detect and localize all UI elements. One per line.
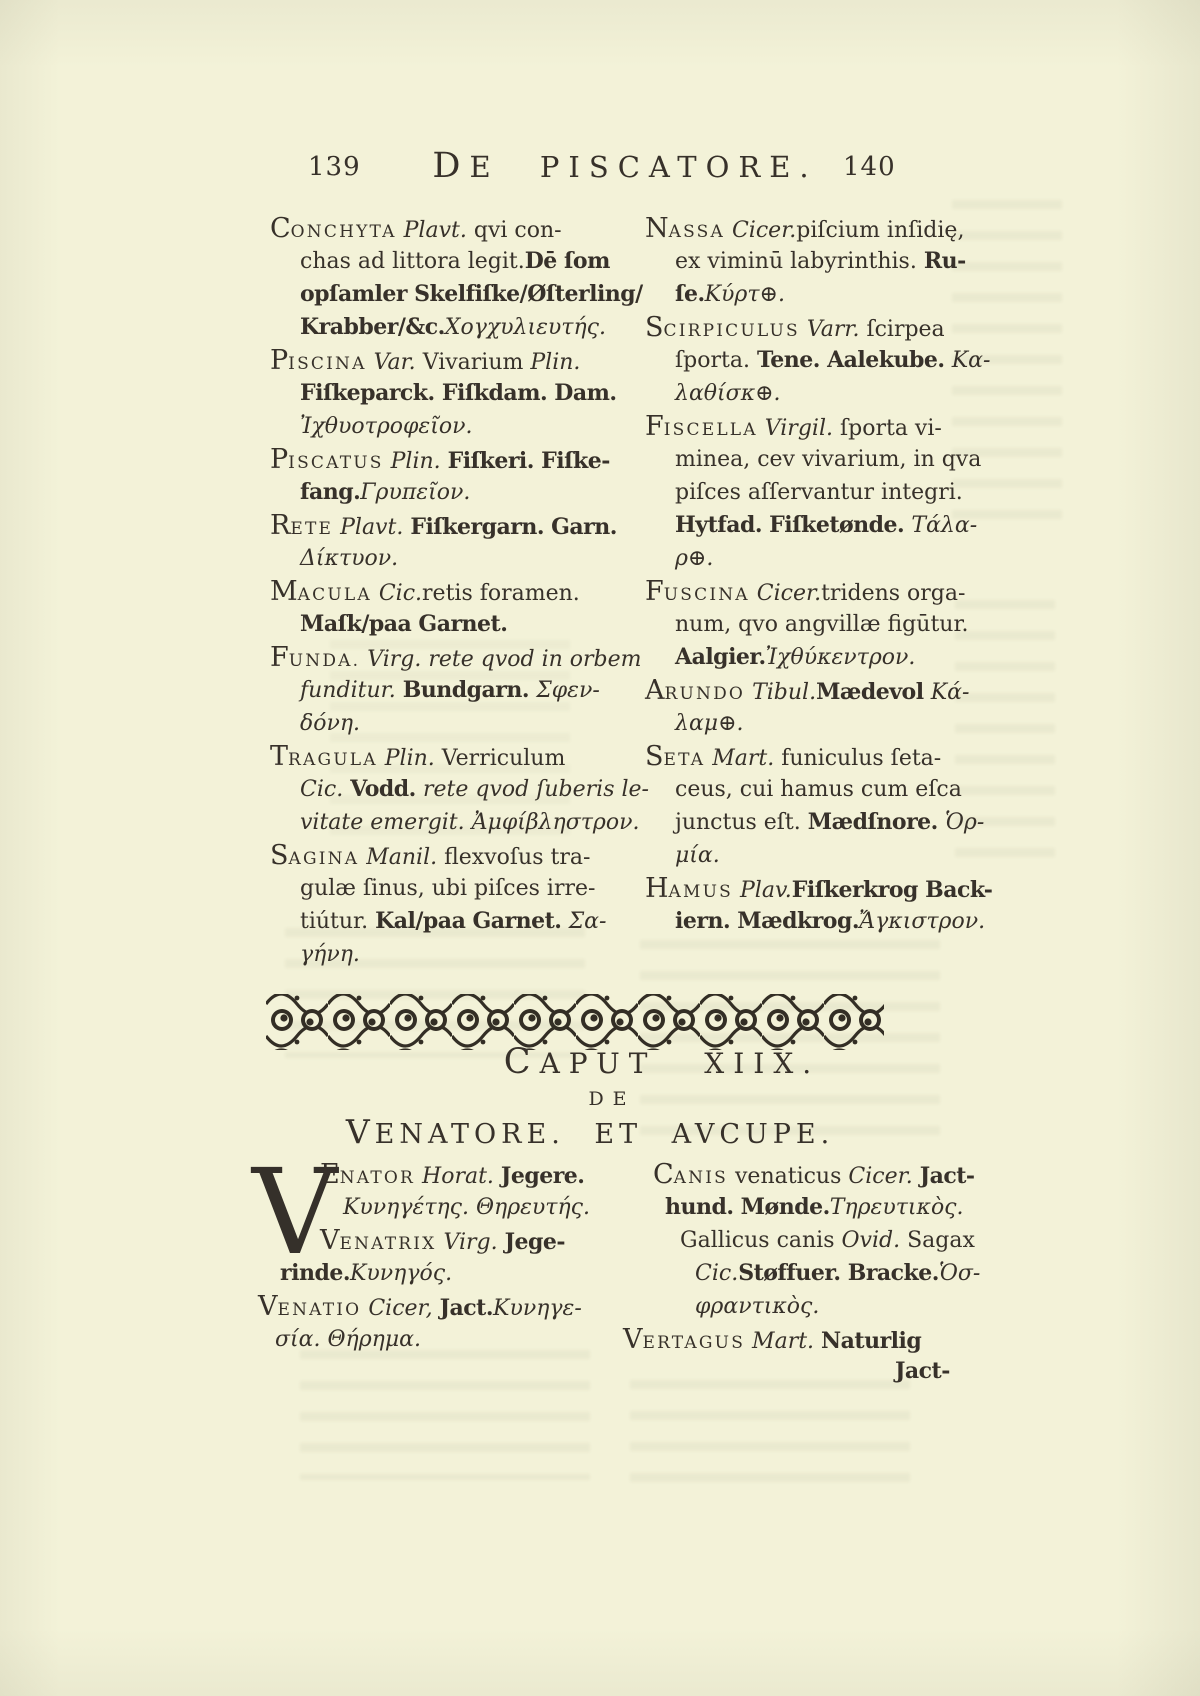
text-it: Plavt.	[333, 515, 410, 540]
entry-line: λαθίσκ⊕.	[645, 377, 950, 410]
text-gr: Γρυπεῖον.	[360, 480, 470, 505]
text-gr: Κυνηγε-	[493, 1296, 582, 1321]
entry-line: minea, cev vivarium, in qva	[645, 443, 950, 476]
text-fr: Støffuer. Bracke.	[738, 1260, 939, 1286]
entry-line: CANIS venaticus Cicer. Jact-	[645, 1158, 960, 1191]
page-number-right: 140	[843, 152, 896, 182]
entry-line: Krabber/&c.Χογχυλιευτής.	[270, 311, 642, 344]
text-it: rete qvod ſuberis le-	[423, 777, 649, 802]
text-gr: Κυνηγός.	[350, 1261, 452, 1286]
text-fr: Jegere.	[501, 1163, 585, 1189]
text-rm: ceus, cui hamus cum eſca	[675, 777, 962, 802]
text-sc: FUSCINA	[645, 581, 750, 606]
entry-line: FUSCINA Cicer.tridens orga-	[645, 575, 950, 608]
text-it: Plav.	[733, 878, 792, 903]
text-rm: tiútur.	[300, 909, 375, 934]
text-fr: Hytfad. Fiſketønde.	[675, 512, 911, 538]
text-gr: Δίκτυον.	[300, 546, 398, 571]
entry-line: num, qvo angvillæ figūtur.	[645, 608, 950, 641]
entry-line: φραντικὸς.	[645, 1290, 960, 1323]
text-fr: hund. Mønde.	[665, 1194, 830, 1220]
dictionary-entry: TRAGULA Plin. VerriculumCic. Vodd. rete …	[270, 740, 642, 839]
entry-line: junctus eſt. Mædſnore. Ὁρ-	[645, 806, 950, 839]
text-sc: PISCATUS	[270, 449, 384, 474]
text-sc: CONCHYTA	[270, 218, 397, 243]
text-it: Ovid.	[842, 1228, 908, 1253]
text-gr: Ὁρ-	[945, 810, 984, 835]
text-gr: φραντικὸς.	[695, 1294, 819, 1319]
text-rm: piſcium inſidię,	[796, 218, 964, 243]
text-rm: junctus eſt.	[675, 810, 808, 835]
text-rm: gulæ ſinus, ubi piſces irre-	[300, 876, 595, 901]
bottom-left-column: ENATOR Horat. Jegere.Κυνηγέτης. Θηρευτής…	[258, 1158, 630, 1356]
entry-line: λαμ⊕.	[645, 707, 950, 740]
text-gr: Κά-	[931, 680, 970, 705]
text-gr: ρ⊕.	[675, 546, 713, 571]
text-rm: qvi con-	[474, 218, 562, 243]
text-sc: SAGINA	[270, 845, 359, 870]
dictionary-entry: ARUNDO Tibul.Mædevol Κά-λαμ⊕.	[645, 674, 950, 740]
dictionary-entry: SCIRPICULUS Varr. ſcirpeaſporta. Tene. A…	[645, 311, 950, 410]
text-sc: HAMUS	[645, 878, 733, 903]
text-rm: venaticus	[728, 1164, 848, 1189]
text-sc: PISCINA	[270, 350, 367, 375]
dictionary-entry: PISCATUS Plin. Fiſkeri. Fiſke-fang.Γρυπε…	[270, 443, 642, 509]
entry-line: funditur. Bundgarn. Σφεν-	[270, 674, 642, 707]
entry-line: HAMUS Plav.Fiſkerkrog Back-	[645, 872, 950, 905]
text-gr: Κυνηγέτης. Θηρευτής.	[343, 1195, 590, 1220]
entry-line: Hytfad. Fiſketønde. Τάλα-	[645, 509, 950, 542]
chapter-number: CAPUT XIIX.	[302, 1042, 1022, 1082]
text-gr: Σφεν-	[536, 678, 600, 703]
text-gr: Ἀμφίβληστρον.	[472, 810, 640, 835]
text-sc: SCIRPICULUS	[645, 317, 800, 342]
text-fr: Aalgier.	[675, 644, 766, 670]
text-gr: σία. Θήρημα.	[275, 1327, 421, 1352]
entry-line: ſporta. Tene. Aalekube. Κα-	[645, 344, 950, 377]
entry-line: MACULA Cic.retis foramen.	[270, 575, 642, 608]
text-it: Cic.	[300, 777, 350, 802]
text-sc: CANIS	[653, 1164, 728, 1189]
text-fr: Dē ſom	[525, 248, 610, 274]
entry-line: Κυνηγέτης. Θηρευτής.	[258, 1191, 630, 1224]
text-sc: TRAGULA	[270, 746, 378, 771]
entry-line: ARUNDO Tibul.Mædevol Κά-	[645, 674, 950, 707]
entry-line: PISCINA Var. Vivarium Plin.	[270, 344, 642, 377]
entry-line: vitate emergit. Ἀμφίβληστρον.	[270, 806, 642, 839]
text-it: Plin.	[523, 350, 580, 375]
dictionary-entry: SETA Mart. funiculus ſeta-ceus, cui hamu…	[645, 740, 950, 872]
entry-line: Gallicus canis Ovid. Sagax	[645, 1224, 960, 1257]
bottom-right-column: CANIS venaticus Cicer. Jact-hund. Mønde.…	[645, 1158, 960, 1356]
entry-line: SCIRPICULUS Varr. ſcirpea	[645, 311, 950, 344]
entry-line: RETE Plavt. Fiſkergarn. Garn.	[270, 509, 642, 542]
dictionary-entry: RETE Plavt. Fiſkergarn. Garn.Δίκτυον.	[270, 509, 642, 575]
text-it: Cicer.	[848, 1164, 919, 1189]
text-gr: Ὁσ-	[939, 1261, 980, 1286]
text-rm: piſces aſſervantur integri.	[675, 480, 963, 505]
text-gr: Κύρτ⊕.	[705, 282, 785, 307]
text-fr: Bundgarn.	[403, 677, 537, 703]
entry-line: rinde.Κυνηγός.	[258, 1257, 630, 1290]
text-it: Mart.	[705, 746, 781, 771]
text-fr: Jege-	[505, 1229, 565, 1255]
text-fr: rinde.	[280, 1260, 350, 1286]
entry-line: ENATOR Horat. Jegere.	[258, 1158, 630, 1191]
text-fr: Vodd.	[350, 776, 423, 802]
text-rm: ſcirpea	[866, 317, 944, 342]
text-gr: Τηρευτικὸς.	[830, 1195, 964, 1220]
text-it: Virg. rete qvod in orbem	[360, 647, 641, 672]
page-title: DE PISCATORE.	[430, 146, 820, 186]
entry-line: Ἰχθυοτροφεῖον.	[270, 410, 642, 443]
text-it: Var.	[367, 350, 423, 375]
text-gr: Σα-	[569, 909, 607, 934]
text-fr: Fiſkerkrog Back-	[792, 877, 993, 903]
top-left-column: CONCHYTA Plavt. qvi con-chas ad littora …	[270, 212, 642, 971]
dictionary-entry: VERTAGUS Mart. Naturlig	[645, 1323, 960, 1356]
entry-line: fang.Γρυπεῖον.	[270, 476, 642, 509]
dictionary-entry: VENATIO Cicer, Jact.Κυνηγε-σία. Θήρημα.	[258, 1290, 630, 1356]
text-rm: funiculus ſeta-	[781, 746, 941, 771]
entry-line: iern. Mædkrog.Ἄγκιστρον.	[645, 905, 950, 938]
text-gr: λαμ⊕.	[675, 711, 744, 736]
text-gr: λαθίσκ⊕.	[675, 381, 781, 406]
text-rm: Verriculum	[442, 746, 566, 771]
text-rm: minea, cev vivarium, in qva	[675, 447, 981, 472]
text-gr: μία.	[675, 843, 720, 868]
text-fr: Fiſkeparck. Fiſkdam. Dam.	[300, 380, 617, 406]
entry-line: VENATIO Cicer, Jact.Κυνηγε-	[258, 1290, 630, 1323]
dictionary-entry: ENATOR Horat. Jegere.Κυνηγέτης. Θηρευτής…	[258, 1158, 630, 1224]
entry-line: SAGINA Manil. flexvoſus tra-	[270, 839, 642, 872]
chapter-title: VENATORE. ET AVCUPE.	[230, 1112, 950, 1151]
top-right-column: NASSA Cicer.piſcium inſidię,ex viminū la…	[645, 212, 950, 938]
text-it: Cicer.	[750, 581, 821, 606]
text-it: Plin.	[384, 449, 448, 474]
entry-line: μία.	[645, 839, 950, 872]
entry-line: Δίκτυον.	[270, 542, 642, 575]
text-it: Manil.	[359, 845, 444, 870]
entry-line: Maſk/paa Garnet.	[270, 608, 642, 641]
text-rm: Sagax	[907, 1228, 975, 1253]
entry-line: Aalgier.Ἰχθύκεντρον.	[645, 641, 950, 674]
entry-line: FISCELLA Virgil. ſporta vi-	[645, 410, 950, 443]
text-gr: Χογχυλιευτής.	[445, 315, 606, 340]
text-rm: chas ad littora legit.	[300, 249, 525, 274]
text-rm: Gallicus canis	[680, 1228, 842, 1253]
entry-line: chas ad littora legit.Dē ſom	[270, 245, 642, 278]
dictionary-entry: MACULA Cic.retis foramen.Maſk/paa Garnet…	[270, 575, 642, 641]
entry-line: ρ⊕.	[645, 542, 950, 575]
entry-line: FUNDA. Virg. rete qvod in orbem	[270, 641, 642, 674]
entry-line: ceus, cui hamus cum eſca	[645, 773, 950, 806]
text-fr: opſamler Skelfiſke/Øſterling/	[300, 281, 643, 307]
text-fr: iern. Mædkrog.	[675, 908, 859, 934]
chapter-de: DE	[252, 1088, 972, 1110]
entry-line: opſamler Skelfiſke/Øſterling/	[270, 278, 642, 311]
text-it: Tibul.	[745, 680, 816, 705]
page-number-left: 139	[308, 152, 361, 182]
text-gr: Τάλα-	[911, 513, 977, 538]
dictionary-entry: CONCHYTA Plavt. qvi con-chas ad littora …	[270, 212, 642, 344]
text-rm: tridens orga-	[821, 581, 965, 606]
text-it: Horat.	[415, 1164, 501, 1189]
text-sc: ENATOR	[320, 1164, 415, 1189]
text-it: Cic.	[695, 1261, 738, 1286]
entry-line: SETA Mart. funiculus ſeta-	[645, 740, 950, 773]
text-rm: ex viminū labyrinthis.	[675, 249, 924, 274]
text-fr: Naturlig	[821, 1328, 921, 1354]
entry-line: VENATRIX Virg. Jege-	[258, 1224, 630, 1257]
text-rm: ſporta.	[675, 348, 757, 373]
text-rm: Vivarium	[423, 350, 524, 375]
entry-line: PISCATUS Plin. Fiſkeri. Fiſke-	[270, 443, 642, 476]
text-it: Virgil.	[758, 416, 840, 441]
entry-line: TRAGULA Plin. Verriculum	[270, 740, 642, 773]
entry-line: NASSA Cicer.piſcium inſidię,	[645, 212, 950, 245]
entry-line: hund. Mønde.Τηρευτικὸς.	[645, 1191, 960, 1224]
text-gr: γήνη.	[300, 942, 360, 967]
text-gr: δόνη.	[300, 711, 360, 736]
entry-line: Fiſkeparck. Fiſkdam. Dam.	[270, 377, 642, 410]
dictionary-entry: CANIS venaticus Cicer. Jact-hund. Mønde.…	[645, 1158, 960, 1224]
text-it: funditur.	[300, 678, 403, 703]
text-it: Virg.	[437, 1230, 505, 1255]
text-fr: Krabber/&c.	[300, 314, 445, 340]
text-fr: Fiſkeri. Fiſke-	[448, 448, 610, 474]
text-sc: RETE	[270, 515, 333, 540]
text-fr: Jact-	[920, 1163, 975, 1189]
dictionary-entry: SAGINA Manil. flexvoſus tra-gulæ ſinus, …	[270, 839, 642, 971]
text-it: Cic.	[372, 581, 422, 606]
text-fr: fang.	[300, 479, 360, 505]
text-it: Cicer.	[725, 218, 796, 243]
text-sc: NASSA	[645, 218, 725, 243]
text-gr: Ἄγκιστρον.	[859, 909, 985, 934]
entry-line: σία. Θήρημα.	[258, 1323, 630, 1356]
text-sc: VENATIO	[258, 1296, 361, 1321]
text-fr: Kal/paa Garnet.	[375, 908, 568, 934]
text-rm: retis foramen.	[422, 581, 580, 606]
page-showthrough	[300, 1350, 590, 1480]
text-sc: MACULA	[270, 581, 372, 606]
dictionary-entry: FUNDA. Virg. rete qvod in orbemfunditur.…	[270, 641, 642, 740]
text-fr: Fiſkergarn. Garn.	[410, 514, 617, 540]
text-it: Varr.	[800, 317, 867, 342]
entry-line: VERTAGUS Mart. Naturlig	[623, 1323, 960, 1356]
dictionary-entry: PISCINA Var. Vivarium Plin.Fiſkeparck. F…	[270, 344, 642, 443]
text-gr: Ἰχθυοτροφεῖον.	[300, 414, 472, 439]
entry-line: CONCHYTA Plavt. qvi con-	[270, 212, 642, 245]
entry-line: δόνη.	[270, 707, 642, 740]
text-it: Plin.	[378, 746, 442, 771]
dictionary-entry: NASSA Cicer.piſcium inſidię,ex viminū la…	[645, 212, 950, 311]
text-sc: VERTAGUS	[623, 1329, 745, 1354]
text-rm: flexvoſus tra-	[444, 845, 590, 870]
text-it: vitate emergit.	[300, 810, 472, 835]
text-fr: Jact.	[440, 1295, 493, 1321]
entry-line: ex viminū labyrinthis. Ru-	[645, 245, 950, 278]
text-sc: VENATRIX	[320, 1230, 437, 1255]
dictionary-entry: Gallicus canis Ovid. SagaxCic.Støffuer. …	[645, 1224, 960, 1323]
entry-line: gulæ ſinus, ubi piſces irre-	[270, 872, 642, 905]
entry-line: Cic.Støffuer. Bracke.Ὁσ-	[645, 1257, 960, 1290]
entry-line: piſces aſſervantur integri.	[645, 476, 950, 509]
text-it: Mart.	[745, 1329, 821, 1354]
text-fr: Mædevol	[816, 679, 931, 705]
text-fr: Tene. Aalekube.	[757, 347, 952, 373]
dictionary-entry: HAMUS Plav.Fiſkerkrog Back-iern. Mædkrog…	[645, 872, 950, 938]
text-rm: num, qvo angvillæ figūtur.	[675, 612, 969, 637]
text-sc: FUNDA.	[270, 647, 360, 672]
dictionary-entry: VENATRIX Virg. Jege-rinde.Κυνηγός.	[258, 1224, 630, 1290]
text-fr: ſe.	[675, 281, 705, 307]
entry-line: tiútur. Kal/paa Garnet. Σα-	[270, 905, 642, 938]
dictionary-entry: FISCELLA Virgil. ſporta vi-minea, cev vi…	[645, 410, 950, 575]
text-fr: Maſk/paa Garnet.	[300, 611, 507, 637]
entry-line: ſe.Κύρτ⊕.	[645, 278, 950, 311]
entry-line: γήνη.	[270, 938, 642, 971]
text-it: Plavt.	[397, 218, 474, 243]
text-sc: FISCELLA	[645, 416, 758, 441]
catchword: Jact-	[895, 1358, 950, 1384]
text-gr: Κα-	[952, 348, 991, 373]
text-sc: ARUNDO	[645, 680, 745, 705]
text-rm: ſporta vi-	[840, 416, 942, 441]
text-fr: Ru-	[924, 248, 966, 274]
text-gr: Ἰχθύκεντρον.	[766, 645, 916, 670]
entry-line: Cic. Vodd. rete qvod ſuberis le-	[270, 773, 642, 806]
dictionary-entry: FUSCINA Cicer.tridens orga-num, qvo angv…	[645, 575, 950, 674]
text-sc: SETA	[645, 746, 705, 771]
page-showthrough	[630, 1380, 910, 1500]
text-it: Cicer,	[361, 1296, 439, 1321]
text-fr: Mædſnore.	[808, 809, 945, 835]
